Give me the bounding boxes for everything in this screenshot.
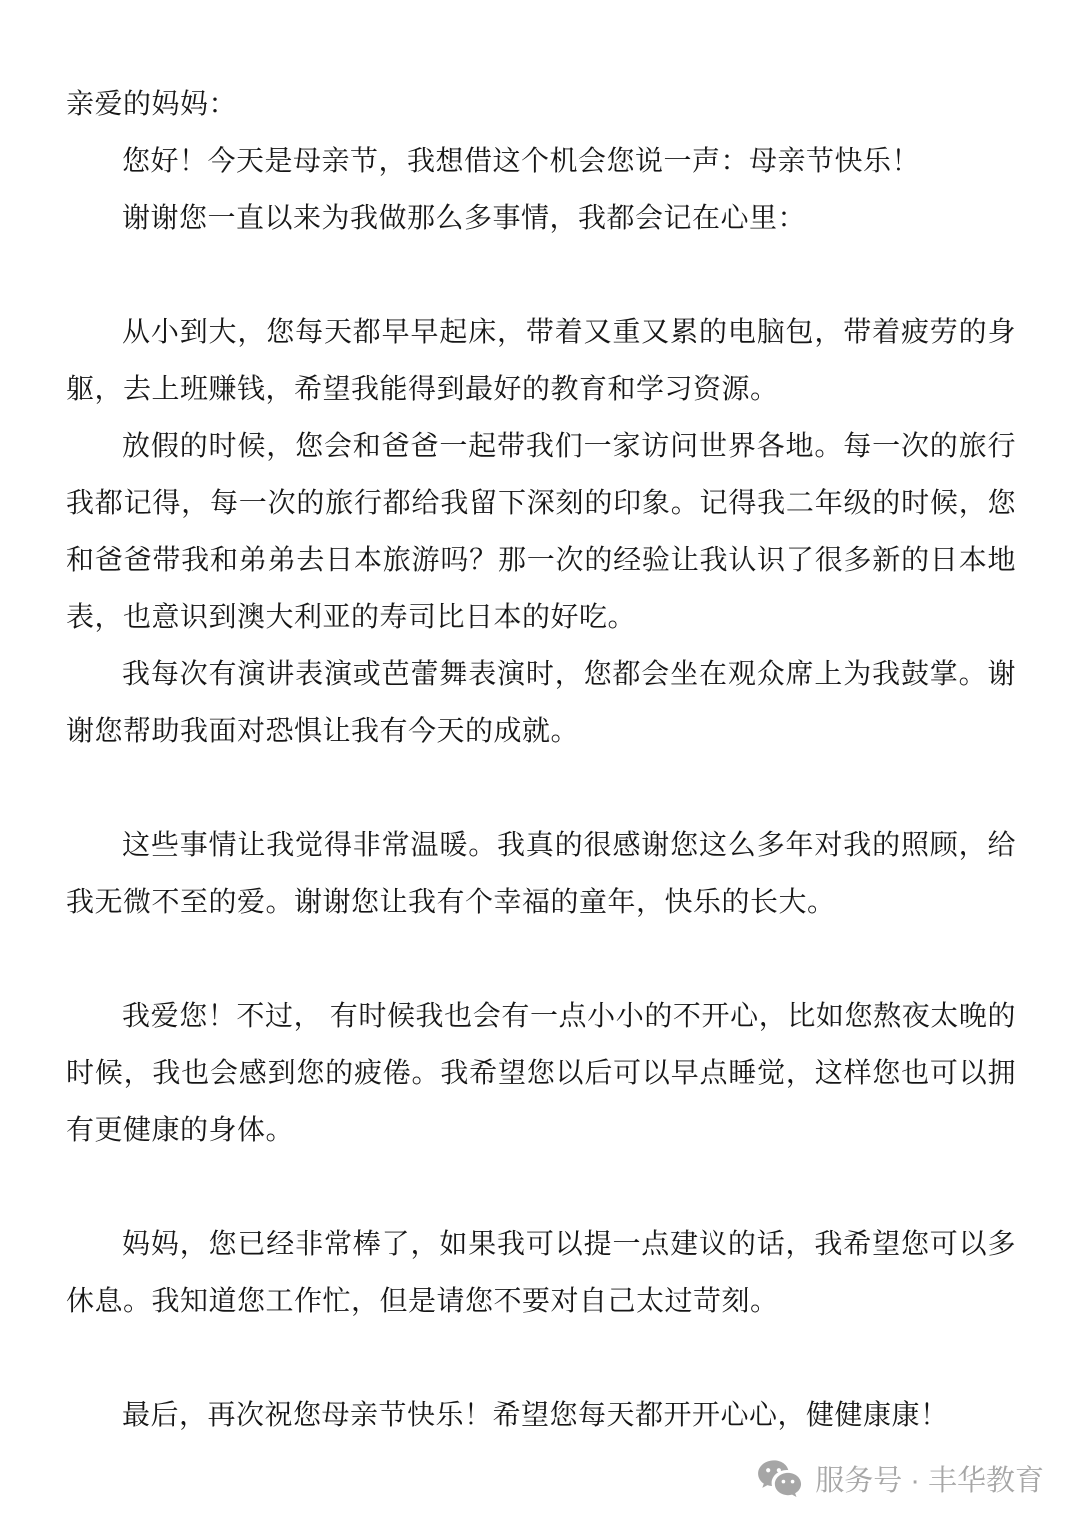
salutation-text: 亲爱的妈妈： [66,89,237,120]
letter-section-closing: 最后，再次祝您母亲节快乐！希望您每天都开开心心，健健康康！ [66,1387,1016,1444]
paragraph: 最后，再次祝您母亲节快乐！希望您每天都开开心心，健健康康！ [66,1387,1016,1444]
paragraph: 您好！今天是母亲节，我想借这个机会您说一声：母亲节快乐！ [66,133,1016,190]
paragraph: 我每次有演讲表演或芭蕾舞表演时，您都会坐在观众席上为我鼓掌。谢谢您帮助我面对恐惧… [66,646,1016,760]
footer-label: 服务号 · 丰华教育 [815,1458,1044,1499]
wechat-service-account-footer[interactable]: 服务号 · 丰华教育 [757,1458,1044,1499]
letter-page: 亲爱的妈妈： 您好！今天是母亲节，我想借这个机会您说一声：母亲节快乐！ 谢谢您一… [0,0,1080,1444]
paragraph: 妈妈，您已经非常棒了，如果我可以提一点建议的话，我希望您可以多休息。我知道您工作… [66,1216,1016,1330]
letter-section-greeting: 您好！今天是母亲节，我想借这个机会您说一声：母亲节快乐！ 谢谢您一直以来为我做那… [66,133,1016,247]
letter-section-memories: 从小到大，您每天都早早起床，带着又重又累的电脑包，带着疲劳的身躯，去上班赚钱，希… [66,304,1016,760]
letter-section-advice: 妈妈，您已经非常棒了，如果我可以提一点建议的话，我希望您可以多休息。我知道您工作… [66,1216,1016,1330]
paragraph: 这些事情让我觉得非常温暖。我真的很感谢您这么多年对我的照顾，给我无微不至的爱。谢… [66,817,1016,931]
letter-section-gratitude: 这些事情让我觉得非常温暖。我真的很感谢您这么多年对我的照顾，给我无微不至的爱。谢… [66,817,1016,931]
paragraph: 谢谢您一直以来为我做那么多事情，我都会记在心里： [66,190,1016,247]
paragraph: 从小到大，您每天都早早起床，带着又重又累的电脑包，带着疲劳的身躯，去上班赚钱，希… [66,304,1016,418]
letter-section-concern: 我爱您！不过， 有时候我也会有一点小小的不开心，比如您熬夜太晚的时候，我也会感到… [66,988,1016,1159]
wechat-icon [757,1459,803,1499]
salutation: 亲爱的妈妈： [66,76,1016,133]
paragraph: 我爱您！不过， 有时候我也会有一点小小的不开心，比如您熬夜太晚的时候，我也会感到… [66,988,1016,1159]
paragraph: 放假的时候，您会和爸爸一起带我们一家访问世界各地。每一次的旅行我都记得，每一次的… [66,418,1016,646]
